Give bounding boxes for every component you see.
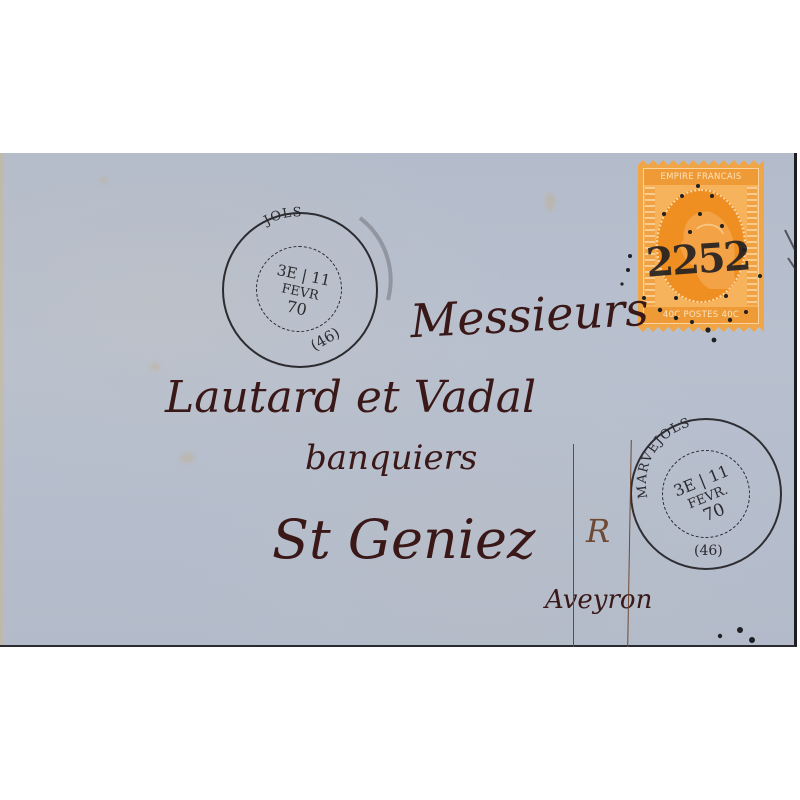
address-profession: banquiers: [305, 438, 477, 478]
address-addressee: Lautard et Vadal: [165, 372, 536, 423]
margin-rule-line: [573, 444, 574, 647]
numeral-cancel: 2252: [644, 232, 750, 286]
address-town: St Geniez: [272, 508, 535, 571]
paper-stain: [545, 193, 555, 211]
paper-stain: [150, 363, 160, 371]
postmark-right: 3E | 11 FEVR. 70 (46): [630, 418, 782, 570]
postmark-left: 3E | 11 FEVR 70 (46): [222, 212, 378, 368]
margin-registration-mark: R: [586, 512, 610, 550]
stamp-top-legend: EMPIRE FRANCAIS: [644, 169, 758, 185]
postmark-day: 11: [310, 268, 332, 290]
postmark-collection: 3E: [275, 261, 299, 283]
paper-stain: [100, 177, 108, 183]
address-region: Aveyron: [545, 585, 652, 615]
postmark-department: (46): [694, 544, 723, 558]
stamp-bottom-legend: 40C POSTES 40C: [644, 307, 758, 323]
postmark-department: (46): [308, 325, 342, 353]
paper-stain: [180, 453, 194, 463]
